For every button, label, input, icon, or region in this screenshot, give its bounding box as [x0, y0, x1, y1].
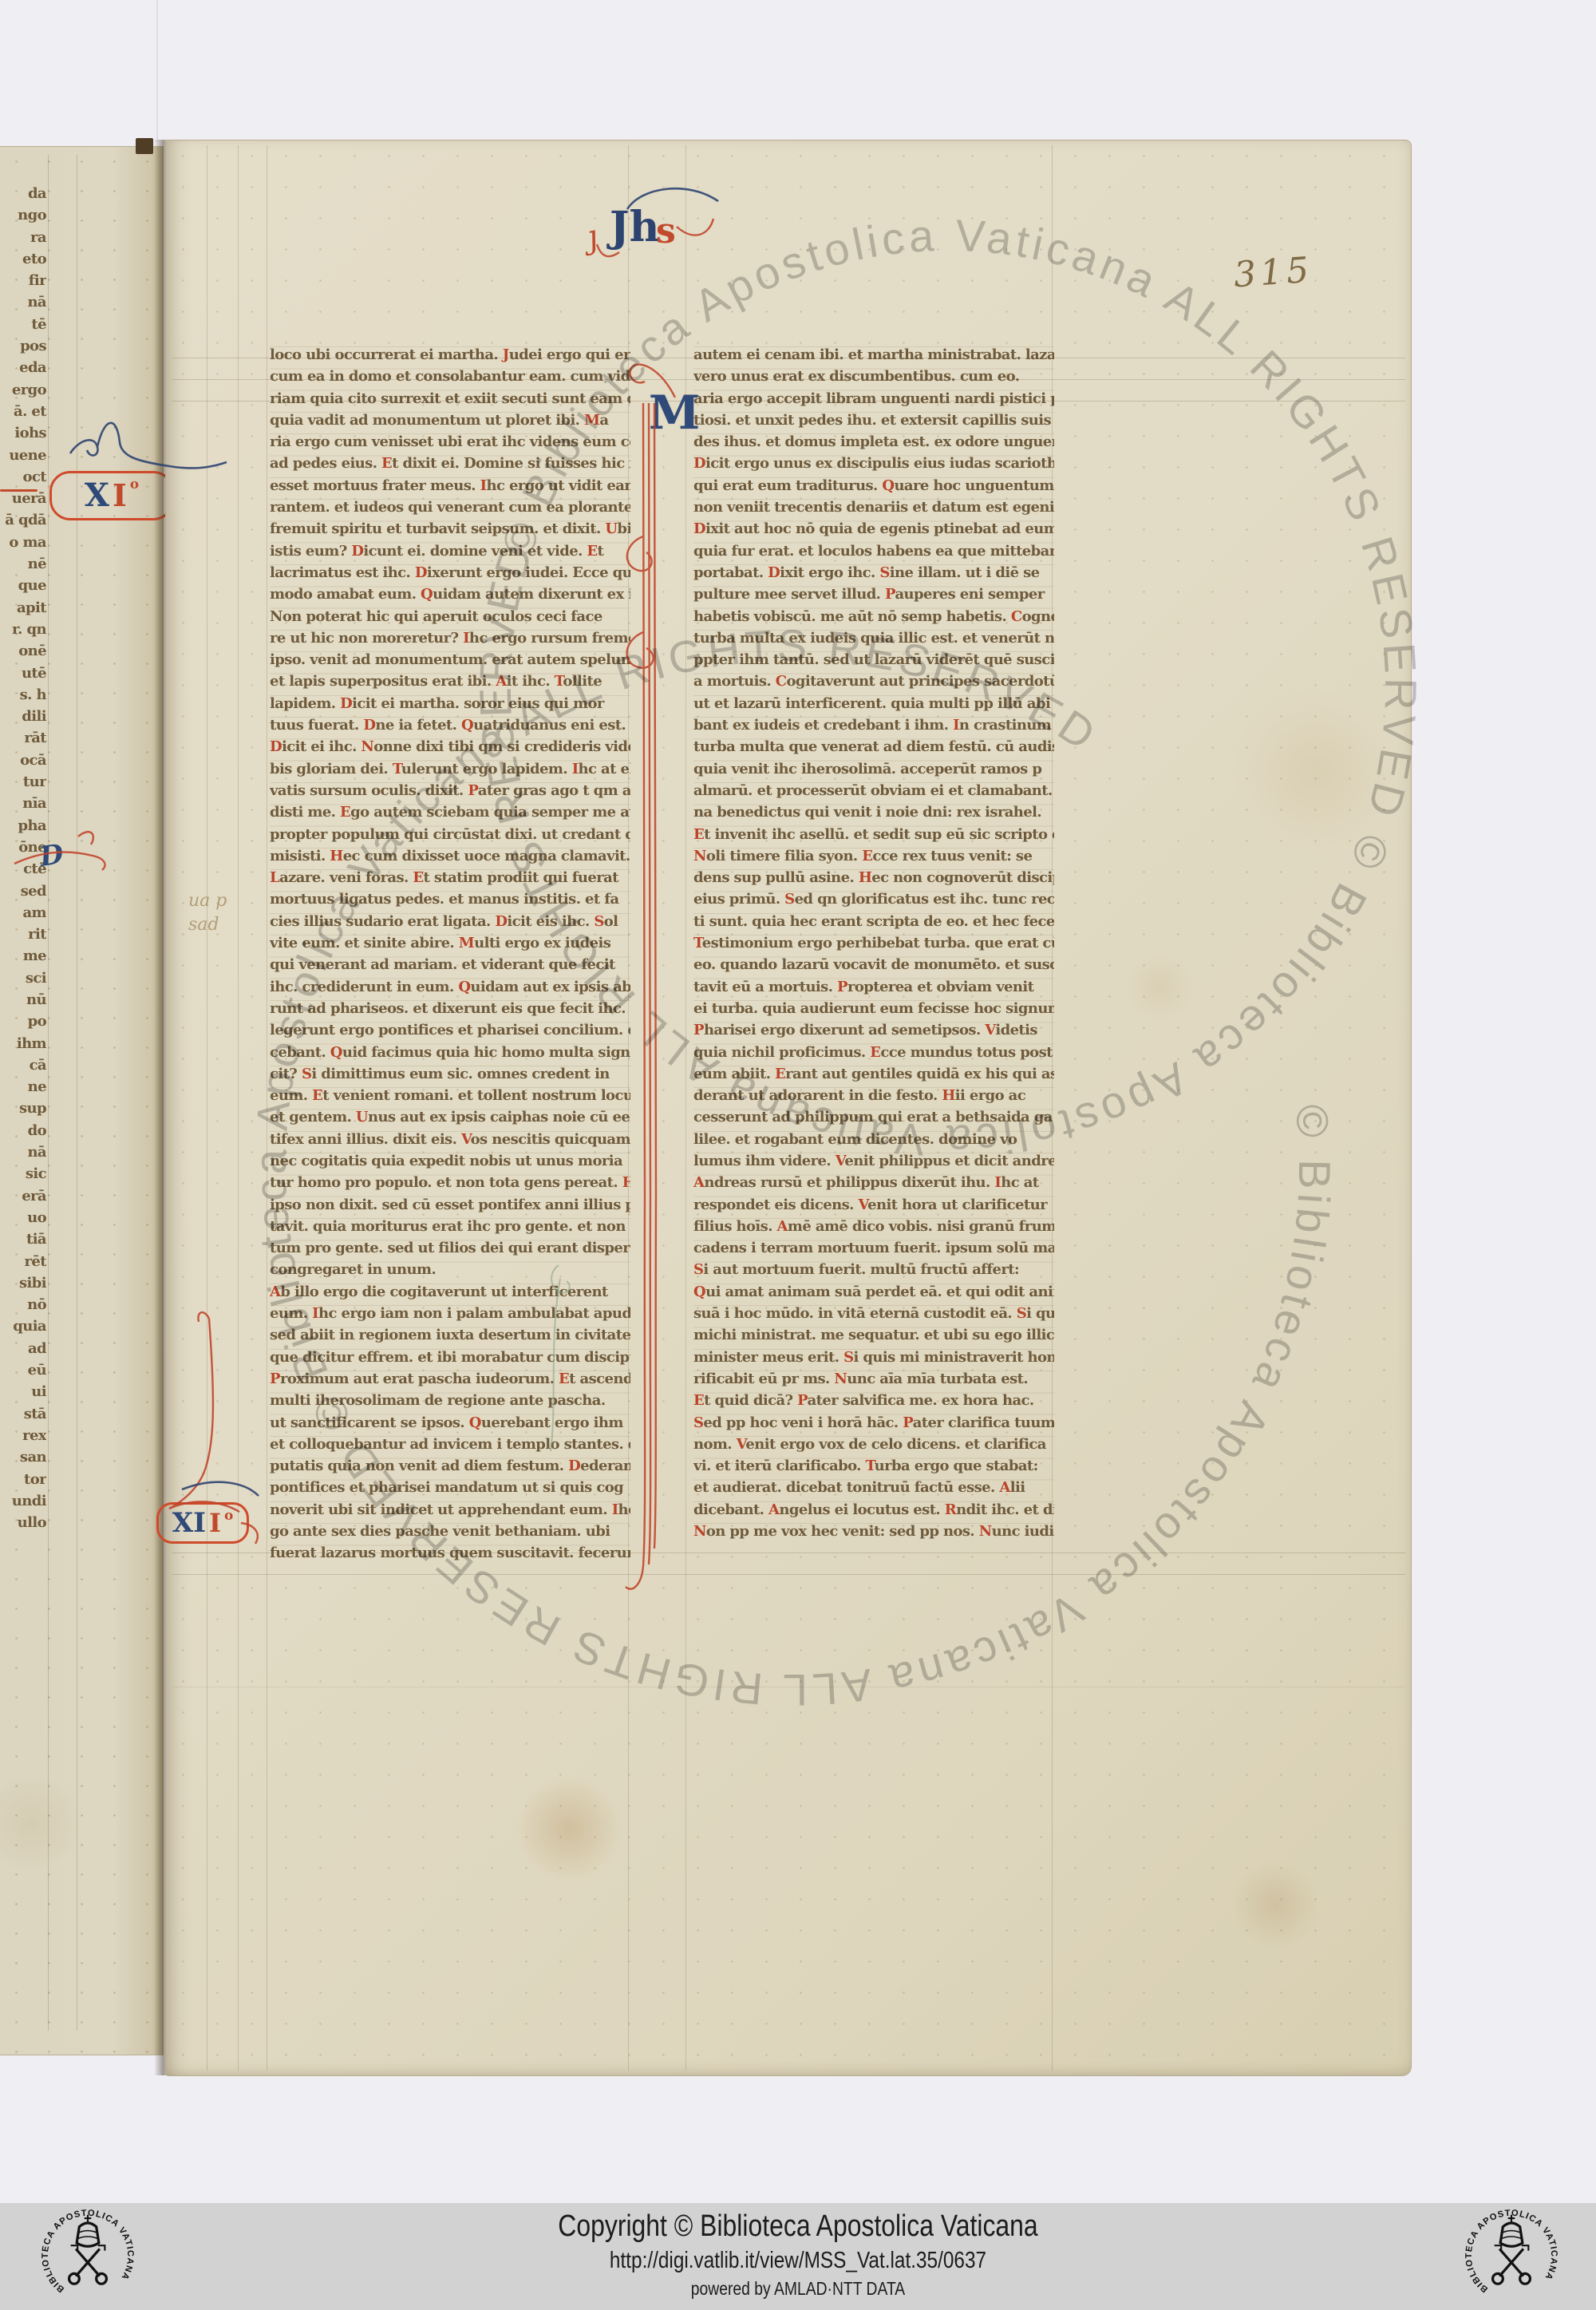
manuscript-text-line: dicebant. Angelus ei locutus est. Rndit … [693, 1501, 1054, 1523]
manuscript-text-line: propter populum qui circūstat dixi. ut c… [270, 826, 630, 848]
binding-notch [136, 138, 153, 154]
left-page-text-line: sed [0, 883, 46, 904]
manuscript-text-line: Et quid dicā? Pater salvifica me. ex hor… [693, 1392, 1054, 1414]
left-page-text-line: que [0, 577, 46, 599]
manuscript-text-line: quia nichil proficimus. Ecce mundus totu… [693, 1044, 1054, 1066]
chapter-superscript: o [130, 477, 139, 492]
left-page-text-line: po [0, 1013, 46, 1034]
folio-number: 315 [1232, 250, 1314, 296]
left-page-text-line: ctē [0, 860, 46, 882]
left-page-text-line: apit [0, 599, 46, 621]
footer-bar: Copyright © Biblioteca Apostolica Vatica… [0, 2203, 1596, 2310]
manuscript-text-line: mortuus ligatus pedes. et manus institis… [270, 891, 630, 912]
left-page-text-line: pha [0, 817, 46, 839]
manuscript-text-line: disti me. Ego autem sciebam quia semper … [270, 804, 630, 825]
manuscript-text-line: quia vadit ad monumentum ut ploret ibi. … [270, 412, 630, 433]
manuscript-text-line: ipso. venit ad monumentum. erat autem sp… [270, 651, 630, 673]
manuscript-text-line: tavit eū a mortuis. Propterea et obviam … [693, 979, 1054, 1000]
left-page-text-line: rex [0, 1427, 46, 1449]
text-column-left: loco ubi occurrerat ei martha. Judei erg… [270, 346, 630, 1567]
manuscript-page: ȷ Jh s 315 ua p sad loco ubi occurrerat … [165, 140, 1412, 2076]
manuscript-text-line: Proximum aut erat pascha iudeorum. Et as… [270, 1371, 630, 1392]
chapter-numeral-blue: X [85, 480, 109, 512]
left-page-text-line: am [0, 904, 46, 926]
left-page-text-line: sic [0, 1165, 46, 1187]
manuscript-text-line: des ihus. et domus impleta est. ex odore… [693, 433, 1054, 455]
manuscript-text-line: na benedictus qui venit i noie dni: rex … [693, 804, 1054, 825]
manuscript-text-line: eius primū. Sed qn glorificatus est ihc.… [693, 891, 1054, 912]
manuscript-text-line: Ab illo ergo die cogitaverunt ut interfi… [270, 1284, 630, 1305]
manuscript-text-line: bant ex iudeis et credebant i ihm. In cr… [693, 717, 1054, 738]
manuscript-text-line: Non pp me vox hec venit: sed pp nos. Nun… [693, 1523, 1054, 1545]
manuscript-text-line: multi iherosolimam de regione ante pasch… [270, 1392, 630, 1414]
digitized-manuscript-viewer: dangoraetofirnātēposedaergoā. etiohsuene… [0, 0, 1596, 2310]
backdrop-seam [156, 0, 158, 142]
manuscript-text-line: Et invenit ihc asellū. et sedit sup eū s… [693, 826, 1054, 848]
manuscript-text-line: derant ut adorarent in die festo. Hii er… [693, 1087, 1054, 1109]
manuscript-text-line: eum abiit. Erant aut gentiles quidā ex h… [693, 1066, 1054, 1087]
papal-keys-and-tiara-icon [1493, 2215, 1531, 2284]
manuscript-text-line: quia fur erat. et loculos habens ea que … [693, 543, 1054, 564]
left-page-text-line: r. qn [0, 621, 46, 643]
manuscript-text-line: a mortuis. Cogitaverunt aut principes sa… [693, 673, 1054, 694]
left-page-text-line: ihm [0, 1035, 46, 1057]
manuscript-text-line: Dixit aut hoc nō quia de egenis ptinebat… [693, 520, 1054, 542]
manuscript-text-line: eum. Ihc ergo iam non i palam ambulabat … [270, 1305, 630, 1327]
manuscript-text-line: Dicit ei ihc. Nonne dixi tibi qm si cred… [270, 738, 630, 760]
viewer-url: http://digi.vatlib.it/view/MSS_Vat.lat.3… [128, 2248, 1468, 2274]
manuscript-text-line: Qui amat animam suā perdet eā. et qui od… [693, 1284, 1054, 1305]
left-page-text-line: ullo [0, 1514, 46, 1536]
ruling-line [77, 155, 77, 2031]
left-page-text-line: nā [0, 1144, 46, 1165]
manuscript-text-line: pulture mee servet illud. Pauperes eni s… [693, 586, 1054, 607]
manuscript-text-line: eum. Et venient romani. et tollent nostr… [270, 1087, 630, 1109]
chapter-numeral-red: I [209, 1510, 221, 1536]
manuscript-text-line: cies illius sudario erat ligata. Dicit e… [270, 913, 630, 935]
left-page-text-line: undi [0, 1493, 46, 1514]
manuscript-text-line: Andreas rursū et philippus dixerūt ihu. … [693, 1174, 1054, 1196]
left-page-text-line: tē [0, 316, 46, 338]
manuscript-text-line: lilee. et rogabant eum dicentes. domine … [693, 1131, 1054, 1153]
manuscript-text-line: rificabit eū pr ms. Nunc aīa mīa turbata… [693, 1371, 1054, 1392]
decorated-initial-M: M [649, 390, 700, 436]
manuscript-text-line: istis eum? Dicunt ei. domine veni et vid… [270, 543, 630, 564]
left-page-text-line: utē [0, 665, 46, 686]
manuscript-text-line: vatis sursum oculis. dixit. Pater gras a… [270, 782, 630, 804]
marginal-note-line: ua p [188, 889, 227, 913]
chapter-numeral-blue: XI [172, 1509, 206, 1537]
manuscript-text-line: turba multa que venerat ad diem festū. c… [693, 738, 1054, 760]
manuscript-text-line: Noli timere filia syon. Ecce rex tuus ve… [693, 848, 1054, 869]
manuscript-text-line: cadens i terram mortuum fuerit. ipsum so… [693, 1240, 1054, 1261]
left-page-text-line: rēt [0, 1253, 46, 1275]
left-page-text-line: uerā [0, 490, 46, 512]
manuscript-text-line: qui venerant ad mariam. et viderant que … [270, 956, 630, 978]
manuscript-text-line: misisti. Hec cum dixisset uoce magna cla… [270, 848, 630, 869]
left-page-text-line: s. h [0, 686, 46, 708]
copyright-line: Copyright © Biblioteca Apostolica Vatica… [128, 2209, 1468, 2244]
manuscript-text-line: putatis quia non venit ad diem festum. D… [270, 1458, 630, 1479]
left-page-text-line: ā qdā [0, 512, 46, 533]
manuscript-text-line: tiosi. et unxit pedes ihu. et extersit c… [693, 412, 1054, 433]
manuscript-text-line: ei turba. quia audierunt eum fecisse hoc… [693, 1000, 1054, 1022]
manuscript-text-line: vite eum. et sinite abire. Multi ergo ex… [270, 935, 630, 956]
manuscript-text-line: tur homo pro populo. et non tota gens pe… [270, 1174, 630, 1196]
manuscript-text-line: habetis vobiscū. me aūt nō semp habetis.… [693, 608, 1054, 630]
left-page-text-line: dili [0, 708, 46, 730]
manuscript-text-line: legerunt ergo pontifices et pharisei con… [270, 1022, 630, 1043]
left-page-text-line: sci [0, 970, 46, 991]
manuscript-text-line: que dicitur effrem. et ibi morabatur cum… [270, 1349, 630, 1371]
left-page-text-line: sibi [0, 1275, 46, 1296]
ruling-line [48, 155, 49, 2031]
manuscript-text-line: congregaret in unum. [270, 1261, 630, 1283]
left-page-text-line: stā [0, 1406, 46, 1427]
manuscript-text-line: tavit. quia moriturus erat ihc pro gente… [270, 1218, 630, 1240]
manuscript-text-line: ppter ihm tantū. sed ut lazarū viderēt q… [693, 651, 1054, 673]
manuscript-text-line: dens sup pullū asine. Hec non cognoverūt… [693, 869, 1054, 891]
chapter-numeral-red: I [113, 481, 127, 511]
manuscript-text-line: et colloquebantur ad invicem i templo st… [270, 1436, 630, 1458]
manuscript-text-line: ut sanctificarent se ipsos. Querebant er… [270, 1414, 630, 1436]
left-page-text-line: sup [0, 1100, 46, 1121]
manuscript-text-line: Sed pp hoc veni i horā hāc. Pater clarif… [693, 1414, 1054, 1436]
manuscript-text-line: ihc. crediderunt in eum. Quidam aut ex i… [270, 979, 630, 1000]
left-page-text-line: da [0, 185, 46, 207]
manuscript-text-line: cit? Si dimittimus eum sic. omnes creden… [270, 1066, 630, 1087]
left-page-text-line: nē [0, 556, 46, 577]
manuscript-text-line: ad pedes eius. Et dixit ei. Domine si fu… [270, 455, 630, 477]
left-page-text-line: onē [0, 643, 46, 664]
left-page-text-line: quia [0, 1318, 46, 1339]
manuscript-text-line: Non poterat hic qui aperuit oculos ceci … [270, 608, 630, 630]
left-page-text-line: tur [0, 773, 46, 795]
vatican-emblem-right: BIBLIOTECA APOSTOLICA VATICANA [1460, 2205, 1562, 2307]
manuscript-text-line: ria ergo cum venisset ubi erat ihc viden… [270, 433, 630, 455]
manuscript-text-line: cebant. Quid facimus quia hic homo multa… [270, 1044, 630, 1066]
manuscript-text-line: vero unus erat ex discumbentibus. cum eo… [693, 368, 1054, 390]
manuscript-text-line: nom. Venit ergo vox de celo dicens. et c… [693, 1436, 1054, 1458]
left-page-text-line: eda [0, 359, 46, 381]
manuscript-text-line: esset mortuus frater meus. Ihc ergo ut v… [270, 477, 630, 499]
manuscript-text-line: cum ea in domo et consolabantur eam. cum… [270, 368, 630, 390]
manuscript-text-line: non veniit trecentis denariis et datum e… [693, 499, 1054, 520]
left-page-text-line: ra [0, 229, 46, 251]
left-page-text-line: me [0, 947, 46, 969]
left-page-text-line: uene [0, 447, 46, 469]
left-page-text-line: erā [0, 1188, 46, 1209]
left-page-text-line: fir [0, 272, 46, 294]
manuscript-text-line: Lazare. veni foras. Et statim prodiit qu… [270, 869, 630, 891]
manuscript-text-line: runt ad phariseos. et dixerunt eis que f… [270, 1000, 630, 1022]
monogram-red-letter: s [656, 211, 676, 251]
manuscript-text-line: bis gloriam dei. Tulerunt ergo lapidem. … [270, 761, 630, 782]
manuscript-text-line: turba multa ex iudeis quia illic est. et… [693, 630, 1054, 651]
monogram-blue-letters: Jh [610, 203, 659, 251]
manuscript-text-line: noverit ubi sit indicet ut apprehendant … [270, 1501, 630, 1523]
left-page-text-line: ā. et [0, 403, 46, 425]
manuscript-text-line: Testimonium ergo perhibebat turba. que e… [693, 935, 1054, 956]
manuscript-text-line: modo amabat eum. Quidam autem dixerunt e… [270, 586, 630, 607]
manuscript-text-line: almarū. et processerūt obviam ei et clam… [693, 782, 1054, 804]
manuscript-text-line: quia venit ihc iherosolimā. acceperūt ra… [693, 761, 1054, 782]
manuscript-text-line: filius hoīs. Amē amē dico vobis. nisi gr… [693, 1218, 1054, 1240]
left-page-text-line: tor [0, 1471, 46, 1493]
powered-by-line: powered by AMLAD·NTT DATA [128, 2278, 1468, 2300]
monogram-red-swash: ȷ [583, 218, 601, 256]
left-page-text-line: rit [0, 926, 46, 947]
manuscript-text-line: lapidem. Dicit ei martha. soror eius qui… [270, 695, 630, 717]
previous-page-edge: dangoraetofirnātēposedaergoā. etiohsuene… [0, 146, 164, 2055]
left-page-text-line: san [0, 1449, 46, 1470]
papal-keys-and-tiara-icon [69, 2215, 107, 2284]
left-page-text-line: nō [0, 1296, 46, 1318]
manuscript-text-line: eo. quando lazarū vocavit de monumēto. e… [693, 956, 1054, 978]
manuscript-text-line: ti sunt. quia hec erant scripta de eo. e… [693, 913, 1054, 935]
manuscript-text-line: aria ergo accepit libram unguenti nardi … [693, 390, 1054, 412]
text-column-right: autem ei cenam ibi. et martha ministraba… [693, 346, 1054, 1545]
left-page-text-line: cā [0, 1057, 46, 1078]
manuscript-text-line: riam quia cito surrexit et exiit secuti … [270, 390, 630, 412]
manuscript-text-line: lumus ihm videre. Venit philippus et dic… [693, 1153, 1054, 1174]
manuscript-text-line: tuus fuerat. Dne ia fetet. Quatriduanus … [270, 717, 630, 738]
manuscript-text-line: fuerat lazarus mortuus quem suscitavit. … [270, 1545, 630, 1566]
left-page-text-line: tiā [0, 1231, 46, 1252]
left-page-text-line: o ma [0, 534, 46, 556]
manuscript-text-line: go ante sex dies pasche venit bethaniam.… [270, 1523, 630, 1545]
manuscript-text-line: cesserunt ad philippum qui erat a bethsa… [693, 1109, 1054, 1130]
manuscript-text-line: ipso non dixit. sed cū esset pontifex an… [270, 1197, 630, 1218]
vatican-emblem-left: BIBLIOTECA APOSTOLICA VATICANA [37, 2205, 139, 2307]
left-page-text-line: pos [0, 338, 46, 359]
left-page-text-line: rāt [0, 730, 46, 751]
manuscript-text-line: tifex anni illius. dixit eis. Vos nescit… [270, 1131, 630, 1153]
left-page-text-line: eto [0, 251, 46, 272]
manuscript-text-line: tum pro gente. sed ut filios dei qui era… [270, 1240, 630, 1261]
left-page-text-line: ne [0, 1078, 46, 1100]
left-page-text-line: uo [0, 1209, 46, 1231]
manuscript-text-line: Pharisei ergo dixerunt ad semetipsos. Vi… [693, 1022, 1054, 1043]
chapter-marker-xii: XI I o [156, 1502, 249, 1544]
left-page-text-line: oct [0, 469, 46, 490]
left-page-text-line: eū [0, 1362, 46, 1383]
manuscript-text-line: et audierat. dicebat tonitruū factū esse… [693, 1479, 1054, 1501]
marginal-note-line: sad [188, 913, 227, 937]
left-page-text-line: nū [0, 991, 46, 1013]
manuscript-text-line: Dicit ergo unus ex discipulis eius iudas… [693, 455, 1054, 477]
blue-paraph-mark: D [38, 838, 65, 873]
manuscript-text-line: qui erat eum traditurus. Quare hoc ungue… [693, 477, 1054, 499]
left-page-text-line: ngo [0, 207, 46, 228]
marginal-note: ua p sad [188, 889, 227, 937]
ihs-monogram: ȷ Jh s [587, 198, 715, 271]
left-page-text-line: ad [0, 1340, 46, 1362]
manuscript-text-line: minister meus erit. Si quis mi ministrav… [693, 1349, 1054, 1371]
manuscript-text-line: suā i hoc mūdo. in vitā eternā custodit … [693, 1305, 1054, 1327]
manuscript-text-line: rantem. et iudeos qui venerant cum ea pl… [270, 499, 630, 520]
manuscript-text-line: lacrimatus est ihc. Dixerunt ergo iudei.… [270, 564, 630, 586]
manuscript-text-line: portabat. Dixit ergo ihc. Sine illam. ut… [693, 564, 1054, 586]
left-page-text-line [0, 1536, 46, 1557]
manuscript-text-line: vi. et iterū clarificabo. Turba ergo que… [693, 1458, 1054, 1479]
manuscript-text-line: Si aut mortuum fuerit. multū fructū affe… [693, 1261, 1054, 1283]
left-page-text-line: nīa [0, 795, 46, 817]
left-page-text-line: do [0, 1122, 46, 1144]
left-page-line-fragments: dangoraetofirnātēposedaergoā. etiohsuene… [0, 185, 46, 1558]
manuscript-text-line: respondet eis dicens. Venit hora ut clar… [693, 1197, 1054, 1218]
left-page-text-line: ui [0, 1383, 46, 1405]
manuscript-text-line: re ut hic non moreretur? Ihc ergo rursum… [270, 630, 630, 651]
manuscript-text-line: fremuit spiritu et turbavit seipsum. et … [270, 520, 630, 542]
manuscript-text-line: nec cogitatis quia expedit nobis ut unus… [270, 1153, 630, 1174]
chapter-superscript: o [224, 1508, 233, 1524]
manuscript-text-line: michi ministrat. me sequatur. et ubi su … [693, 1327, 1054, 1348]
left-page-text-line: iohs [0, 425, 46, 446]
manuscript-text-line: loco ubi occurrerat ei martha. Judei erg… [270, 346, 630, 368]
manuscript-text-line: et lapis superpositus erat ibi. Ait ihc.… [270, 673, 630, 694]
left-page-text-line: nā [0, 294, 46, 315]
manuscript-text-line: autem ei cenam ibi. et martha ministraba… [693, 346, 1054, 368]
left-page-text-line: ocā [0, 752, 46, 773]
left-page-text-line: ergo [0, 382, 46, 403]
manuscript-text-line: sed abiit in regionem iuxta desertum in … [270, 1327, 630, 1348]
manuscript-text-line: pontifices et pharisei mandatum ut si qu… [270, 1479, 630, 1501]
manuscript-text-line: ut et lazarū interficerent. quia multi p… [693, 695, 1054, 717]
red-underline-flourish [0, 489, 38, 492]
manuscript-text-line: et gentem. Unus aut ex ipsis caiphas noi… [270, 1109, 630, 1130]
